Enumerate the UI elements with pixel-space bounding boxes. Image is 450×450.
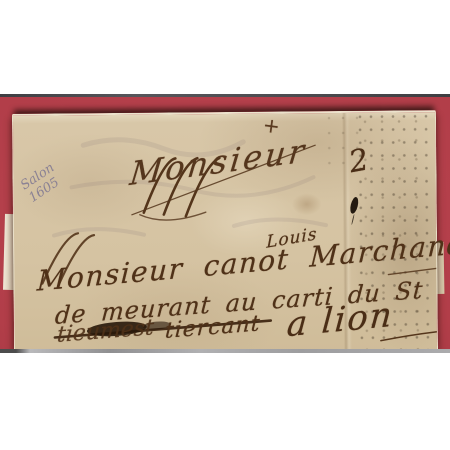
letter-paper: Salon 1605 + Monsieur 2 Louis Monsieur c…	[12, 110, 438, 349]
destination-script: a lion	[286, 298, 395, 343]
scan-edge-bottom	[0, 349, 450, 353]
paper-stain	[292, 193, 322, 215]
registration-cross-mark: +	[262, 115, 281, 137]
red-mat-background: Salon 1605 + Monsieur 2 Louis Monsieur c…	[0, 97, 450, 349]
